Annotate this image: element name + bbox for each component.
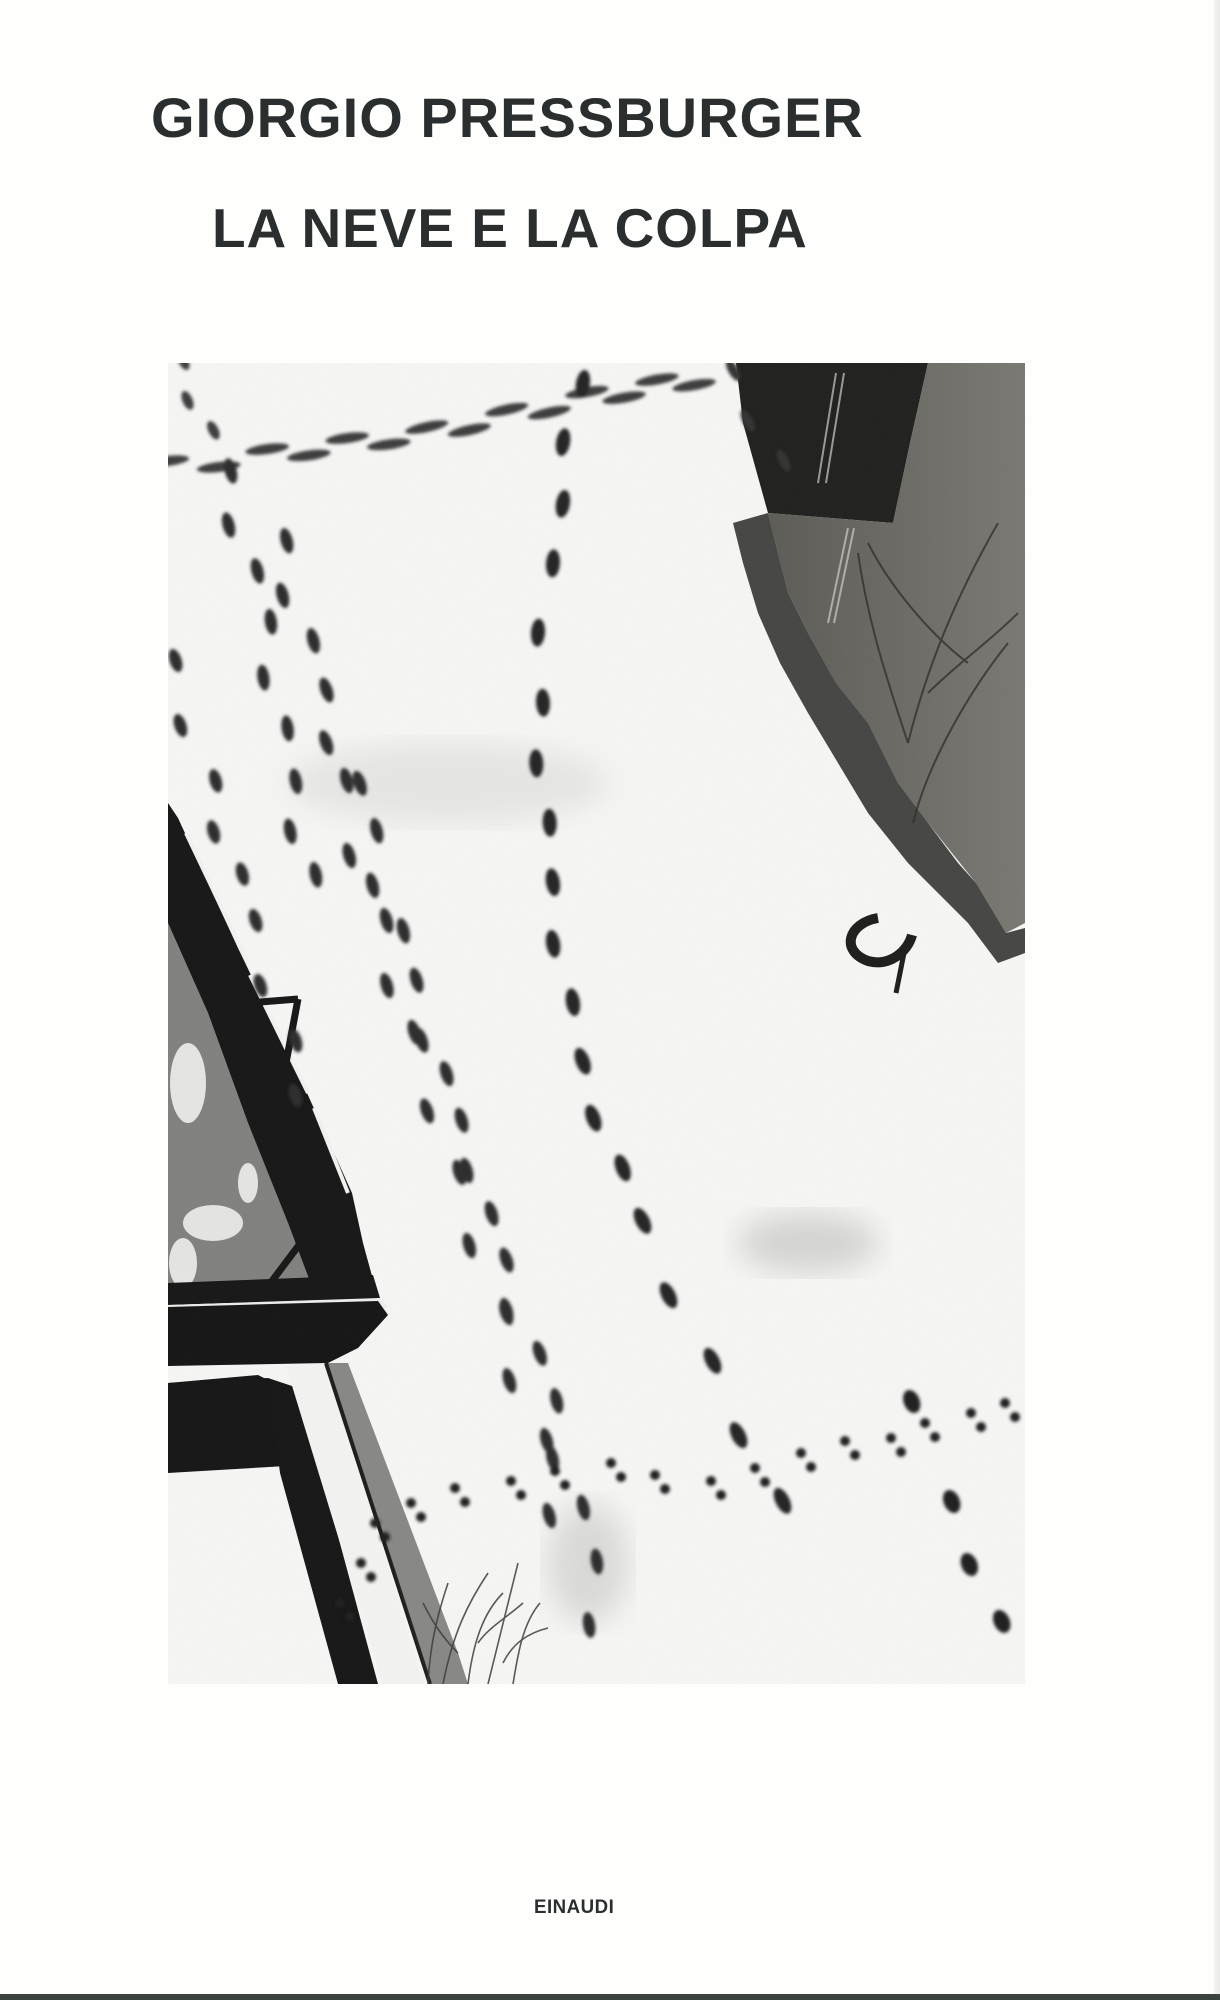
publisher-logo: EINAUDI: [534, 1897, 614, 1919]
book-cover: GIORGIO PRESSBURGER LA NEVE E LA COLPA: [0, 0, 1220, 2000]
snow-footprints-photo-icon: [168, 363, 1025, 1684]
cover-bottom-edge: [0, 1994, 1220, 2000]
cover-edge: [1214, 0, 1220, 2000]
book-title: LA NEVE E LA COLPA: [212, 198, 808, 258]
author-name: GIORGIO PRESSBURGER: [151, 88, 864, 148]
cover-photo: [168, 363, 1025, 1684]
